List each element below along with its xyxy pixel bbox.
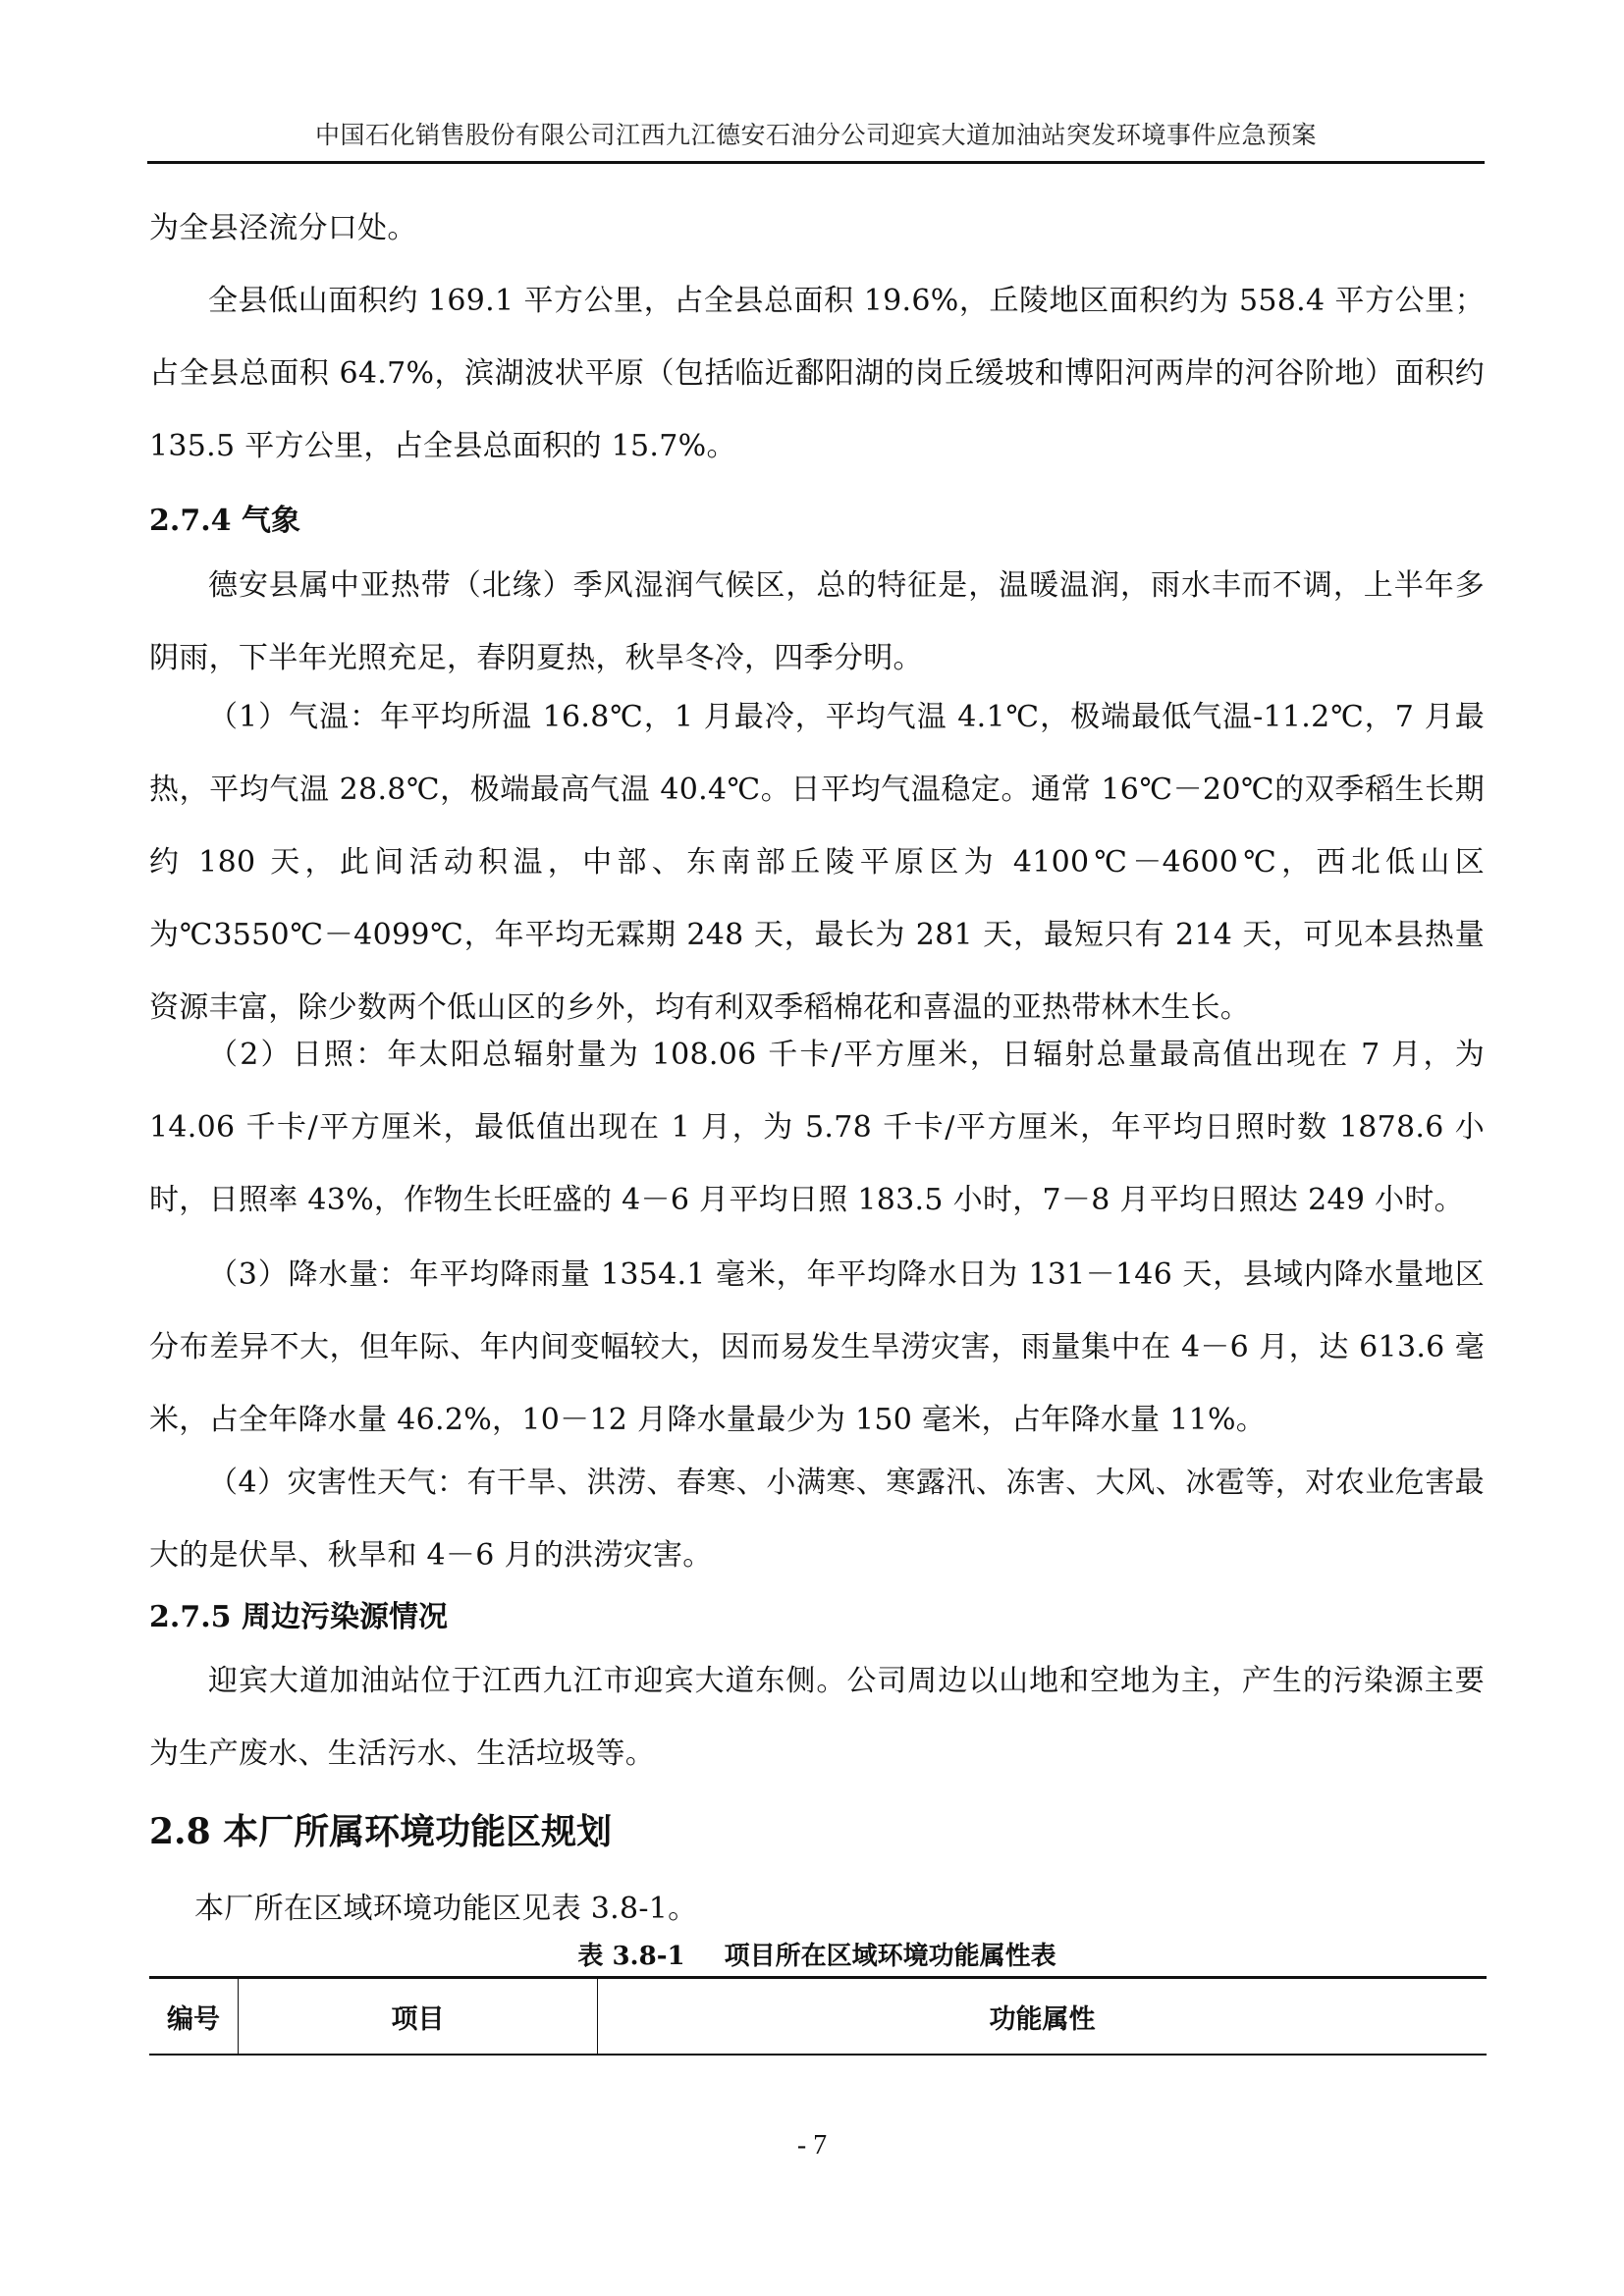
paragraph-function-zone: 本厂所在区域环境功能区见表 3.8-1。 [149,1873,1485,1946]
paragraph-temperature: （1）气温：年平均所温 16.8℃，1 月最冷，平均气温 4.1℃，极端最低气温… [149,681,1485,1044]
header-rule [147,161,1485,164]
paragraph-climate-intro: 德安县属中亚热带（北缘）季风湿润气候区，总的特征是，温暖温润，雨水丰而不调，上半… [149,550,1485,695]
section-heading-2-8: 2.8 本厂所属环境功能区规划 [149,1804,612,1854]
column-header-item: 项目 [239,1978,598,2056]
paragraph-pollution-sources: 迎宾大道加油站位于江西九江市迎宾大道东侧。公司周边以山地和空地为主，产生的污染源… [149,1645,1485,1790]
section-heading-2-7-5: 2.7.5 周边污染源情况 [149,1592,448,1635]
table-caption-number: 表 3.8-1 [577,1942,684,1971]
document-header: 中国石化销售股份有限公司江西九江德安石油分公司迎宾大道加油站突发环境事件应急预案 [147,116,1485,151]
paragraph-sunshine: （2）日照：年太阳总辐射量为 108.06 千卡/平方厘米，日辐射总量最高值出现… [149,1019,1485,1237]
table-caption-title: 项目所在区域环境功能属性表 [725,1942,1056,1971]
table-caption: 表 3.8-1项目所在区域环境功能属性表 [149,1936,1485,1972]
paragraph: 为全县泾流分口处。 [149,192,1485,265]
table-header-row: 编号 项目 功能属性 [149,1978,1487,2056]
section-heading-2-7-4: 2.7.4 气象 [149,496,300,539]
column-header-number: 编号 [149,1978,239,2056]
column-header-function-attribute: 功能属性 [598,1978,1488,2056]
page-number: - 7 [0,2130,1624,2162]
paragraph-disaster-weather: （4）灾害性天气：有干旱、洪涝、春寒、小满寒、寒露汛、冻害、大风、冰雹等，对农业… [149,1447,1485,1592]
paragraph-precipitation: （3）降水量：年平均降雨量 1354.1 毫米，年平均降水日为 131－146 … [149,1239,1485,1457]
paragraph: 全县低山面积约 169.1 平方公里，占全县总面积 19.6%，丘陵地区面积约为… [149,265,1485,483]
function-attribute-table: 编号 项目 功能属性 [149,1976,1487,2056]
